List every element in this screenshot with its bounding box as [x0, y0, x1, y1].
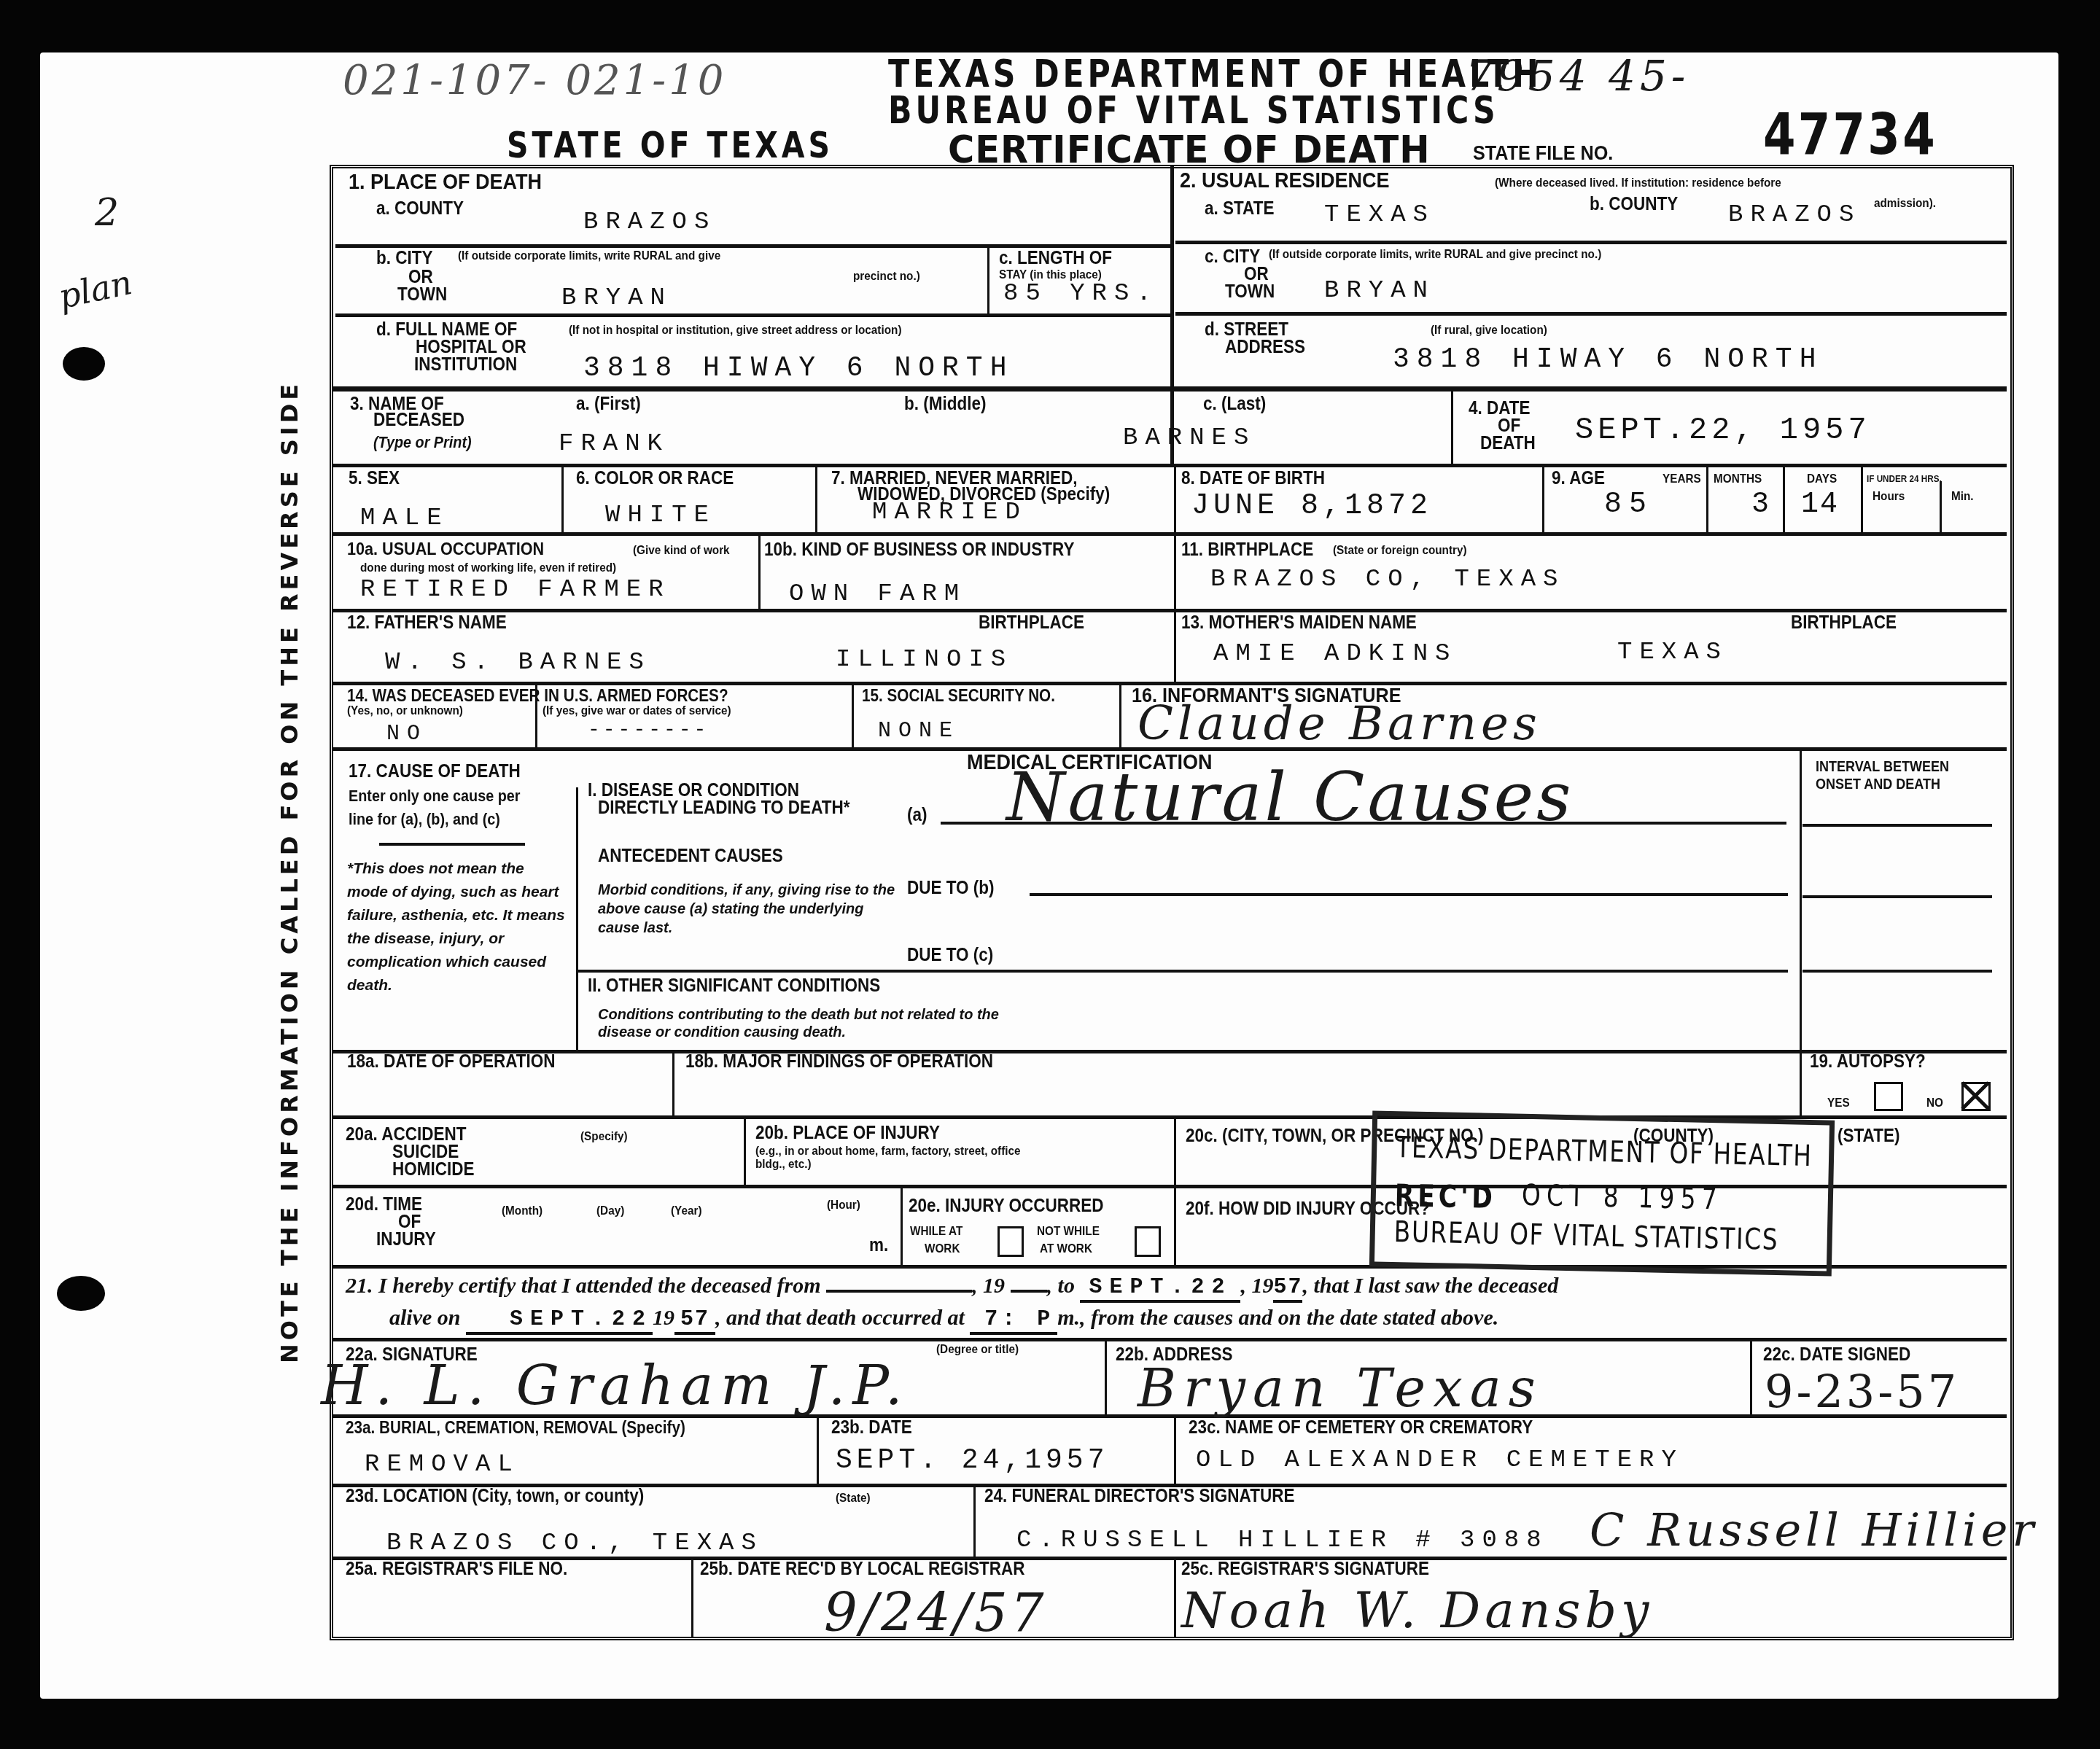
registrar-signature-label: 25c. REGISTRAR'S SIGNATURE	[1181, 1560, 1429, 1578]
cause-label: 17. CAUSE OF DEATH	[349, 763, 521, 780]
stamp-line-3: BUREAU OF VITAL STATISTICS	[1393, 1215, 1778, 1257]
rule	[1174, 1414, 1176, 1484]
sex-value: MALE	[360, 505, 449, 532]
residence-label: 2. USUAL RESIDENCE	[1180, 172, 1390, 190]
residence-note-2: admission).	[1874, 197, 1936, 210]
stamp-date: OCT 8 1957	[1521, 1179, 1723, 1217]
rule	[1783, 464, 1785, 532]
pod-stay-value: 85 YRS.	[1003, 280, 1159, 308]
sex-label: 5. SEX	[349, 470, 400, 487]
dob-label: 8. DATE OF BIRTH	[1181, 470, 1325, 487]
res-county-label: b. COUNTY	[1590, 195, 1678, 213]
res-city-town: TOWN	[1225, 283, 1275, 300]
cert-to-year: 57	[1273, 1275, 1302, 1303]
mother-birthplace-label: BIRTHPLACE	[1791, 614, 1897, 631]
line-b-rule	[1030, 893, 1788, 896]
occupation-note: (Give kind of work	[633, 544, 730, 557]
res-street-note: (If rural, give location)	[1431, 324, 1547, 337]
hours-label: Hours	[1872, 490, 1905, 503]
hole-punch-bottom	[57, 1276, 105, 1311]
injury-m-label: m.	[869, 1236, 888, 1254]
injury-occurred-label: 20e. INJURY OCCURRED	[909, 1197, 1104, 1215]
cert-text-1a: 21. I hereby certify that I attended the…	[346, 1274, 821, 1298]
date-signed-value: 9-23-57	[1765, 1365, 1959, 1418]
res-street-label-1: d. STREET	[1205, 321, 1288, 338]
business-label: 10b. KIND OF BUSINESS OR INDUSTRY	[764, 541, 1074, 558]
received-stamp: TEXAS DEPARTMENT OF HEALTH REC'D OCT 8 1…	[1369, 1110, 1835, 1276]
name-label-3: (Type or Print)	[373, 436, 472, 449]
while-work-label-2: WORK	[925, 1242, 960, 1255]
under-24-label: IF UNDER 24 HRS.	[1867, 472, 1942, 486]
rule	[973, 1484, 976, 1557]
burial-date-value: SEPT. 24,1957	[836, 1445, 1108, 1476]
rule	[1800, 751, 1802, 1115]
pod-city-note-2: precinct no.)	[853, 270, 920, 283]
dod-label-1: 4. DATE	[1469, 400, 1531, 417]
interval-label: INTERVAL BETWEEN ONSET AND DEATH	[1816, 758, 1973, 793]
pod-hospital-label-1: d. FULL NAME OF	[376, 321, 517, 338]
res-state-value: TEXAS	[1324, 201, 1435, 229]
rule	[852, 685, 854, 747]
burial-location-value: BRAZOS CO., TEXAS	[386, 1530, 763, 1557]
cert-year-blank	[1011, 1290, 1047, 1293]
mother-label: 13. MOTHER'S MAIDEN NAME	[1181, 614, 1417, 631]
not-while-at-work-checkbox[interactable]	[1135, 1226, 1161, 1257]
stamp-line-1: TEXAS DEPARTMENT OF HEALTH	[1396, 1131, 1813, 1173]
rule	[576, 787, 578, 1050]
res-city-value: BRYAN	[1324, 277, 1435, 305]
operation-date-label: 18a. DATE OF OPERATION	[347, 1053, 555, 1070]
part1-label-1: I. DISEASE OR CONDITION	[588, 782, 799, 799]
interval-rule-a	[1802, 824, 1992, 827]
armed-forces-note-1: (Yes, no, or unknown)	[347, 704, 463, 717]
age-years-value: 85	[1604, 488, 1654, 521]
race-label: 6. COLOR OR RACE	[576, 470, 734, 487]
due-to-b-label: DUE TO (b)	[907, 879, 995, 897]
pod-hospital-label-2: HOSPITAL OR	[416, 338, 526, 356]
autopsy-yes-checkbox[interactable]	[1874, 1082, 1903, 1111]
min-label: Min.	[1951, 490, 1974, 503]
cert-to-date: SEPT.22	[1080, 1275, 1240, 1303]
cert-text-1b: , 19	[972, 1274, 1005, 1298]
injury-year-label: (Year)	[671, 1204, 702, 1218]
cert-text-2c: , and that death occurred at	[715, 1306, 965, 1330]
cemetery-label: 23c. NAME OF CEMETERY OR CREMATORY	[1189, 1419, 1533, 1436]
pod-city-or: OR	[408, 268, 433, 286]
father-value: W. S. BARNES	[385, 649, 651, 677]
injury-time-label-1: 20d. TIME	[346, 1196, 422, 1213]
injury-state-label: (STATE)	[1837, 1127, 1899, 1145]
part2-label: II. OTHER SIGNIFICANT CONDITIONS	[588, 977, 880, 994]
checkmark-x-icon	[1961, 1081, 1990, 1110]
last-name-value: BARNES	[1123, 424, 1256, 452]
rule	[1750, 1338, 1752, 1414]
injury-specify: (Specify)	[580, 1130, 628, 1143]
reverse-side-note: NOTE THE INFORMATION CALLED FOR ON THE R…	[276, 381, 303, 1363]
rule	[691, 1557, 693, 1637]
cert-from-blank	[826, 1290, 972, 1293]
certifier-address: Bryan Texas	[1137, 1357, 1543, 1419]
rule	[744, 1115, 746, 1185]
pod-city-town: TOWN	[397, 286, 447, 303]
hole-punch-top	[63, 347, 105, 381]
rule	[332, 1185, 1178, 1188]
state-file-number: 47734	[1763, 102, 1937, 168]
rule	[332, 1050, 2007, 1053]
rule	[672, 1050, 674, 1115]
pod-county-value: BRAZOS	[583, 209, 716, 236]
rule	[1451, 391, 1453, 464]
cert-death-time: 7: P	[970, 1307, 1057, 1335]
not-work-label-1: NOT WHILE	[1037, 1225, 1100, 1238]
burial-type-label: 23a. BURIAL, CREMATION, REMOVAL (Specify…	[346, 1419, 685, 1436]
cert-alive-on: SEPT.22	[466, 1307, 653, 1335]
injury-type-label-1: 20a. ACCIDENT	[346, 1126, 466, 1143]
business-value: OWN FARM	[789, 580, 966, 608]
rule	[1940, 481, 1942, 532]
cert-text-1d: , 19	[1240, 1274, 1273, 1298]
injury-type-label-3: HOMICIDE	[392, 1161, 475, 1178]
injury-place-label: 20b. PLACE OF INJURY	[755, 1124, 940, 1142]
injury-type-label-2: SUICIDE	[392, 1143, 459, 1161]
autopsy-yes-label: YES	[1827, 1096, 1850, 1110]
rule	[1174, 464, 1176, 682]
injury-hour-label: (Hour)	[827, 1199, 860, 1212]
cause-a-value: Natural Causes	[1006, 758, 1574, 836]
rule	[817, 1414, 819, 1484]
pod-hospital-value: 3818 HIWAY 6 NORTH	[583, 353, 1014, 384]
not-work-label-2: AT WORK	[1040, 1242, 1092, 1255]
father-birthplace-value: ILLINOIS	[836, 646, 1013, 674]
funeral-director-value: C.RUSSELL HILLIER # 3088	[1016, 1527, 1549, 1554]
cert-text-2d: m., from the causes and on the date stat…	[1057, 1306, 1498, 1330]
father-birthplace-label: BIRTHPLACE	[979, 614, 1084, 631]
part2-note: Conditions contributing to the death but…	[598, 1006, 1050, 1041]
funeral-director-label: 24. FUNERAL DIRECTOR'S SIGNATURE	[984, 1487, 1294, 1505]
burial-type-value: REMOVAL	[365, 1451, 520, 1479]
rule	[335, 313, 1170, 317]
registrar-date-value: 9/24/57	[824, 1582, 1047, 1643]
antecedent-label: ANTECEDENT CAUSES	[598, 847, 783, 865]
first-name-label: a. (First)	[576, 395, 641, 413]
date-of-death-value: SEPT.22, 1957	[1575, 413, 1871, 448]
armed-service-value: --------	[588, 719, 709, 741]
pod-city-label: b. CITY	[376, 249, 432, 267]
ssn-value: NONE	[878, 719, 960, 744]
rule	[332, 532, 2007, 536]
autopsy-no-label: NO	[1926, 1096, 1943, 1110]
certifier-signature: H. L. Graham J.P.	[321, 1355, 910, 1417]
cause-footnote: *This does not mean the mode of dying, s…	[347, 857, 566, 997]
res-street-label-2: ADDRESS	[1225, 338, 1305, 356]
residence-note: (Where deceased lived. If institution: r…	[1495, 176, 1781, 190]
funeral-director-signature: C Russell Hillier	[1590, 1503, 2038, 1557]
rule	[901, 1185, 903, 1265]
pod-city-note: (If outside corporate limits, write RURA…	[458, 249, 720, 262]
armed-forces-note-2: (If yes, give war or dates of service)	[542, 704, 731, 717]
antecedent-note: Morbid conditions, if any, giving rise t…	[598, 881, 897, 938]
line-a-label: (a)	[907, 806, 927, 824]
rule	[815, 464, 817, 532]
line-c-rule	[577, 970, 1788, 973]
rule	[1175, 312, 2007, 316]
cause-instr-1: Enter only one cause per	[349, 787, 520, 805]
rule	[1170, 166, 1174, 465]
degree-label: (Degree or title)	[936, 1343, 1019, 1356]
pod-hospital-note: (If not in hospital or institution, give…	[569, 324, 901, 337]
race-value: WHITE	[605, 502, 716, 529]
first-name-value: FRANK	[559, 430, 669, 458]
rule	[332, 386, 2007, 392]
rule	[1174, 1115, 1176, 1265]
autopsy-label: 19. AUTOPSY?	[1810, 1053, 1926, 1070]
middle-name-label: b. (Middle)	[904, 395, 986, 413]
due-to-c-label: DUE TO (c)	[907, 946, 993, 964]
state-file-label: STATE FILE NO.	[1473, 144, 1613, 162]
cert-line-2: alive on SEPT.221957, and that death occ…	[389, 1309, 1498, 1328]
margin-mark: 2	[95, 191, 119, 235]
registrar-signature: Noah W. Dansby	[1181, 1582, 1653, 1640]
occupation-value: RETIRED FARMER	[360, 576, 671, 604]
rule	[1119, 682, 1121, 747]
armed-forces-value: NO	[386, 722, 427, 747]
rule	[332, 609, 2007, 612]
rule	[758, 536, 761, 609]
mother-value: AMIE ADKINS	[1213, 640, 1457, 668]
age-years-label: YEARS	[1662, 472, 1701, 486]
part1-label-2: DIRECTLY LEADING TO DEATH*	[598, 799, 849, 817]
res-state-label: a. STATE	[1205, 200, 1274, 217]
occupation-note-2: done during most of working life, even i…	[360, 561, 616, 574]
cert-text-2a: alive on	[389, 1306, 461, 1330]
age-months-label: MONTHS	[1714, 472, 1762, 486]
informant-signature: Claude Barnes	[1137, 697, 1541, 751]
birthplace-note: (State or foreign country)	[1333, 544, 1467, 557]
rule	[1175, 241, 2007, 244]
pod-hospital-label-3: INSTITUTION	[414, 356, 517, 373]
res-county-value: BRAZOS	[1728, 201, 1861, 229]
handwritten-ref-left: 021-107- 021-10	[343, 57, 726, 104]
burial-date-label: 23b. DATE	[831, 1419, 912, 1436]
cert-text-1c: , to	[1047, 1274, 1075, 1298]
injury-day-label: (Day)	[596, 1204, 624, 1218]
autopsy-no-checkbox[interactable]	[1961, 1082, 1991, 1111]
age-days-label: DAYS	[1807, 472, 1837, 486]
injury-place-note: (e.g., in or about home, farm, factory, …	[755, 1145, 1044, 1171]
cause-divider	[379, 843, 525, 846]
res-city-or: OR	[1244, 265, 1269, 283]
rule	[1174, 1557, 1176, 1637]
rule	[332, 464, 2007, 467]
interval-rule-b	[1802, 895, 1992, 898]
cert-text-2b: 19	[653, 1306, 674, 1330]
registrar-file-label: 25a. REGISTRAR'S FILE NO.	[346, 1560, 567, 1578]
pod-city-value: BRYAN	[561, 284, 672, 312]
cause-instr-2: line for (a), (b), and (c)	[349, 811, 500, 828]
stamp-recd: REC'D	[1394, 1177, 1496, 1215]
while-at-work-checkbox[interactable]	[997, 1226, 1024, 1257]
place-of-death-label: 1. PLACE OF DEATH	[349, 174, 542, 191]
dob-value: JUNE 8,1872	[1191, 490, 1432, 523]
burial-state-label: (State)	[836, 1492, 871, 1505]
cert-text-1e: , that I last saw the deceased	[1302, 1274, 1558, 1298]
dod-label-3: DEATH	[1480, 435, 1536, 452]
state-title: STATE OF TEXAS	[507, 124, 833, 166]
cert-alive-year: 57	[674, 1307, 715, 1335]
mother-birthplace-value: TEXAS	[1617, 639, 1728, 666]
interval-rule-c	[1802, 970, 1992, 973]
pod-stay-label: c. LENGTH OF	[999, 249, 1112, 267]
age-months-value: 3	[1751, 488, 1776, 521]
birthplace-label: 11. BIRTHPLACE	[1181, 541, 1313, 558]
res-city-note: (If outside corporate limits, write RURA…	[1269, 248, 1601, 261]
age-days-value: 14	[1801, 488, 1839, 521]
rule	[561, 464, 564, 532]
rule	[1542, 464, 1544, 532]
while-work-label-1: WHILE AT	[910, 1225, 962, 1238]
registrar-date-label: 25b. DATE REC'D BY LOCAL REGISTRAR	[700, 1560, 1024, 1578]
rule	[1706, 464, 1708, 532]
last-name-label: c. (Last)	[1203, 395, 1266, 413]
burial-location-label: 23d. LOCATION (City, town, or county)	[346, 1487, 644, 1505]
birthplace-value: BRAZOS CO, TEXAS	[1210, 566, 1565, 593]
dod-label-2: OF	[1498, 417, 1520, 435]
father-label: 12. FATHER'S NAME	[347, 614, 507, 631]
injury-time-label-2: OF	[398, 1213, 421, 1231]
armed-forces-label: 14. WAS DECEASED EVER IN U.S. ARMED FORC…	[347, 687, 728, 704]
cert-line-1: 21. I hereby certify that I attended the…	[346, 1277, 1558, 1296]
injury-time-label-3: INJURY	[376, 1231, 436, 1248]
name-label-2: DECEASED	[373, 411, 464, 429]
rule	[987, 244, 989, 313]
ssn-label: 15. SOCIAL SECURITY NO.	[862, 687, 1055, 704]
agency-line-2: BUREAU OF VITAL STATISTICS	[888, 89, 1499, 133]
rule	[332, 1338, 2007, 1341]
res-city-label: c. CITY	[1205, 248, 1260, 265]
pod-county-label: a. COUNTY	[376, 200, 464, 217]
cemetery-value: OLD ALEXANDER CEMETERY	[1196, 1446, 1684, 1474]
date-signed-label: 22c. DATE SIGNED	[1763, 1346, 1910, 1363]
operation-findings-label: 18b. MAJOR FINDINGS OF OPERATION	[685, 1053, 993, 1070]
occupation-label: 10a. USUAL OCCUPATION	[347, 541, 544, 558]
rule	[1105, 1338, 1107, 1414]
res-street-value: 3818 HIWAY 6 NORTH	[1393, 344, 1823, 375]
marital-value: MARRIED	[872, 499, 1027, 526]
age-label: 9. AGE	[1552, 470, 1605, 487]
injury-month-label: (Month)	[502, 1204, 542, 1218]
rule	[1861, 464, 1863, 532]
